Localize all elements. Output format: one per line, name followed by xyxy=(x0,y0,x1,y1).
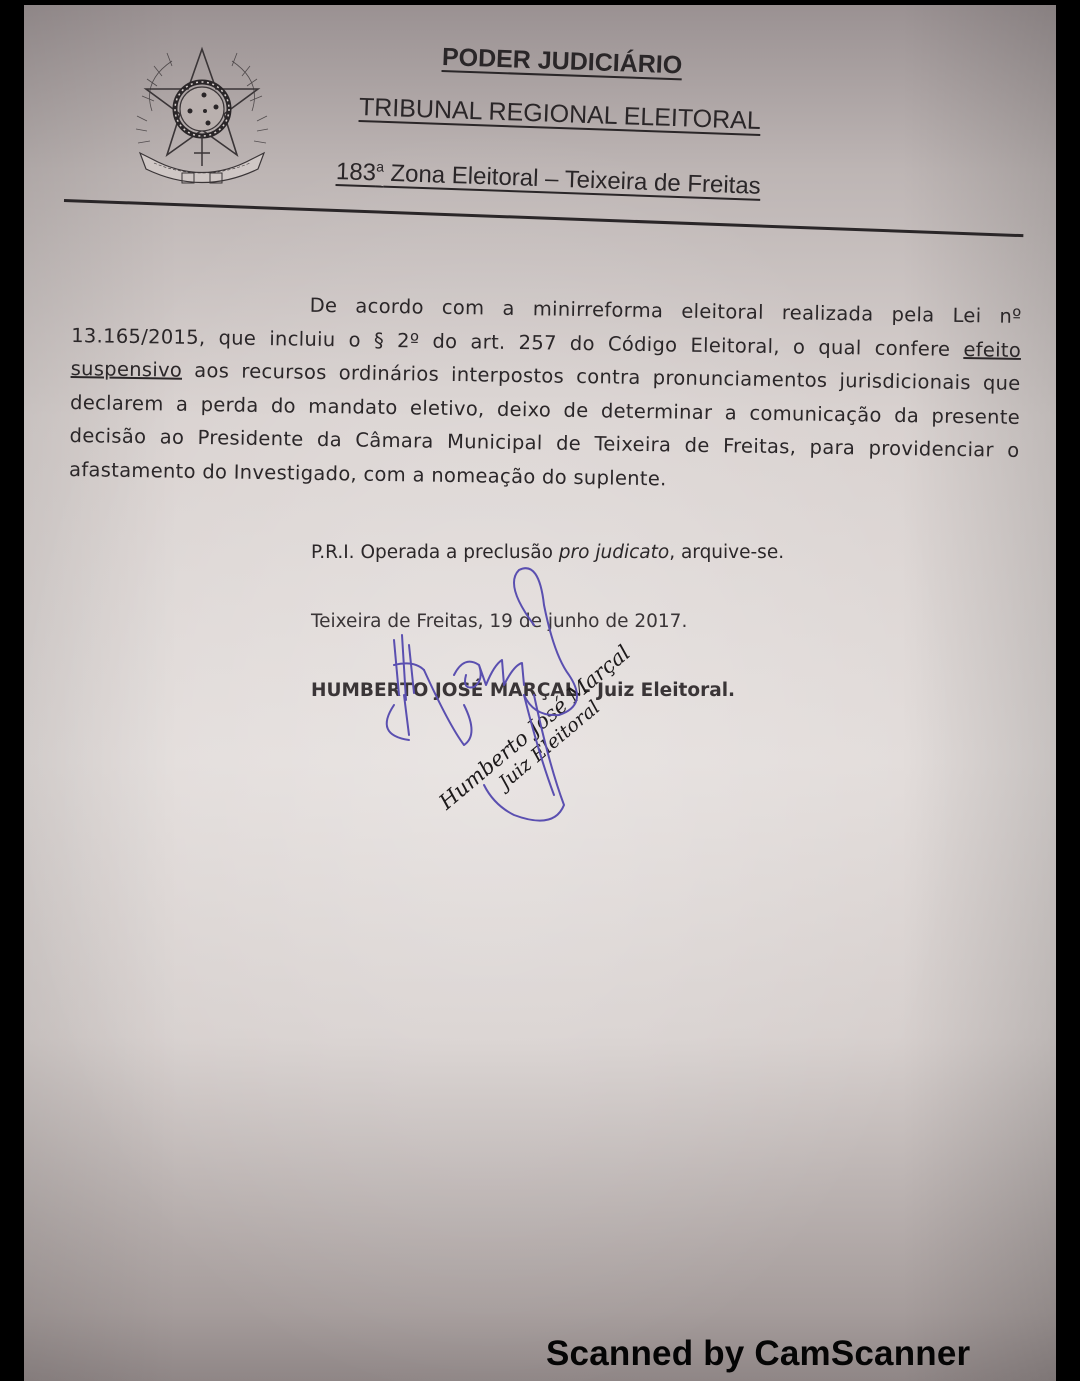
pri-line: P.R.I. Operada a preclusão pro judicato,… xyxy=(311,542,784,563)
header-zona-eleitoral: 183a Zona Eleitoral – Teixeira de Freita… xyxy=(335,157,761,201)
paragraph-indent xyxy=(72,308,310,312)
paragraph-text-end: aos recursos ordinários interpostos cont… xyxy=(69,359,1021,490)
header-divider xyxy=(64,199,1023,237)
stamp-name: Humberto José Marçal xyxy=(434,641,634,815)
judge-signature-line: HUMBERTO JOSÉ MARÇAL - Juiz Eleitoral. xyxy=(311,680,735,701)
date-line: Teixeira de Freitas, 19 de junho de 2017… xyxy=(311,611,687,632)
judge-stamp: Humberto José Marçal Juiz Eleitoral xyxy=(434,641,649,831)
pri-text-start: P.R.I. Operada a preclusão xyxy=(311,542,559,563)
header-poder-judiciario: PODER JUDICIÁRIO xyxy=(441,43,682,80)
scanned-document-page: PODER JUDICIÁRIO TRIBUNAL REGIONAL ELEIT… xyxy=(24,5,1056,1381)
camscanner-watermark: Scanned by CamScanner xyxy=(546,1334,970,1374)
decision-paragraph: De acordo com a minirreforma eleitoral r… xyxy=(69,285,1022,501)
brazil-coat-of-arms-icon xyxy=(132,41,272,196)
pri-italic-term: pro judicato xyxy=(559,542,669,563)
zona-number: 183 xyxy=(336,158,377,186)
pri-text-end: , arquive-se. xyxy=(669,542,784,563)
paragraph-text-start: De acordo com a minirreforma eleitoral r… xyxy=(71,294,1022,361)
header-tribunal: TRIBUNAL REGIONAL ELEITORAL xyxy=(358,93,761,136)
zona-name: Zona Eleitoral – Teixeira de Freitas xyxy=(383,160,761,200)
